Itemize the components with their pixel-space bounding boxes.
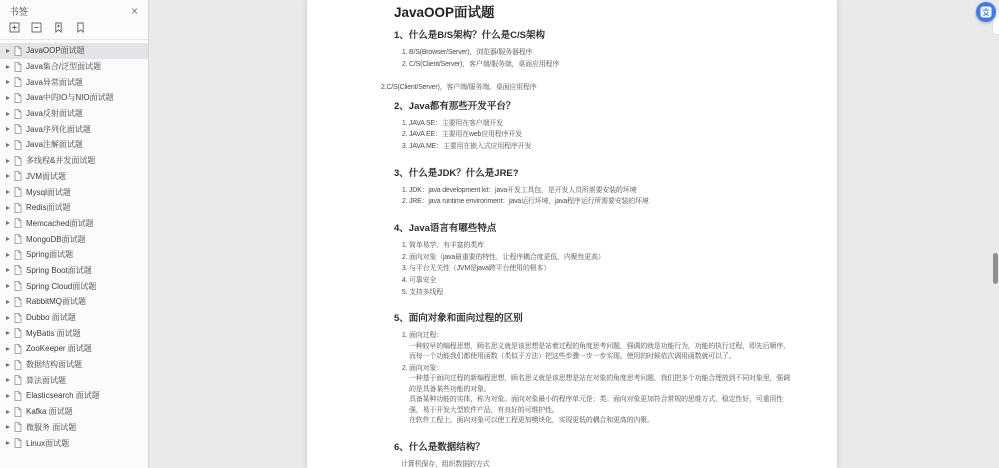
bookmark-label: 数据结构面试题	[26, 359, 82, 370]
bookmark-label: Kafka 面试题	[26, 406, 73, 417]
bookmark-label: RabbitMQ面试题	[26, 296, 86, 307]
bookmark-item[interactable]: 多线程&并发面试题	[0, 153, 148, 169]
list-item: JAVA SE：主要用在客户端开发	[409, 119, 792, 130]
caret-right-icon[interactable]	[6, 143, 10, 147]
section-heading: 6、什么是数据结构？	[394, 442, 792, 454]
list-item-text: 可靠安全	[409, 277, 436, 284]
document-title: JavaOOP面试题	[394, 5, 792, 21]
bookmark-label: Spring Cloud面试题	[26, 281, 96, 292]
bookmark-item[interactable]: Java注解面试题	[0, 137, 148, 153]
list-item-text: JAVA SE：主要用在客户端开发	[409, 120, 503, 127]
caret-right-icon[interactable]	[6, 253, 10, 257]
document-section: 3、什么是JDK？什么是JRE? JDK：java development ki…	[394, 168, 792, 208]
bookmark-label: Java序列化面试题	[26, 124, 91, 135]
page-icon	[14, 218, 22, 228]
list-item: JAVA EE：主要用在web应用程序开发	[409, 130, 792, 141]
bookmark-item[interactable]: Mysql面试题	[0, 184, 148, 200]
page-icon	[14, 375, 22, 385]
bookmark-label: 微服务 面试题	[26, 422, 76, 433]
bookmark-label: 多线程&并发面试题	[26, 155, 95, 166]
bookmark-label: Spring Boot面试题	[26, 265, 92, 276]
ordered-list: JAVA SE：主要用在客户端开发JAVA EE：主要用在web应用程序开发JA…	[394, 119, 792, 153]
list-item: 与平台无关性（JVM是java跨平台使用的根本）	[409, 264, 792, 275]
page-icon	[14, 422, 22, 432]
bookmark-item[interactable]: Memcached面试题	[0, 216, 148, 232]
caret-right-icon[interactable]	[6, 394, 10, 398]
caret-right-icon[interactable]	[6, 174, 10, 178]
ordered-list: 简单易学、有丰富的类库面向对象（java最重要的特性，让程序耦合度更低，内聚性更…	[394, 241, 792, 298]
page-icon	[14, 140, 22, 150]
list-item-text: C/S(Client/Server)，客户端/服务端，桌面应用程序	[409, 61, 559, 68]
list-item-text: 面向对象：	[409, 365, 443, 372]
bookmark-item[interactable]: ZooKeeper 面试题	[0, 341, 148, 357]
caret-right-icon[interactable]	[6, 159, 10, 163]
document-section: 2、Java都有那些开发平台？ JAVA SE：主要用在客户端开发JAVA EE…	[394, 101, 792, 153]
list-item-paragraph: 在软件工程上，面向对象可以使工程更加模块化，实现更低的耦合和更高的内聚。	[409, 416, 792, 427]
caret-right-icon[interactable]	[6, 206, 10, 210]
bookmark-item[interactable]: 微服务 面试题	[0, 420, 148, 436]
list-item-text: JDK：java development kit：java开发工具包，是开发人员…	[409, 187, 636, 194]
list-item: JDK：java development kit：java开发工具包，是开发人员…	[409, 186, 792, 197]
page-icon	[14, 187, 22, 197]
list-item-text: B/S(Browser/Server)，浏览器/服务器程序	[409, 49, 532, 56]
list-item-text: 面向对象（java最重要的特性，让程序耦合度更低，内聚性更高）	[409, 254, 605, 261]
bookmark-label: MongoDB面试题	[26, 234, 86, 245]
bookmark-item[interactable]: Spring Boot面试题	[0, 263, 148, 279]
bookmark-label: Java集合/泛型面试题	[26, 61, 101, 72]
list-item: 可靠安全	[409, 276, 792, 287]
ordered-list: B/S(Browser/Server)，浏览器/服务器程序C/S(Client/…	[394, 48, 792, 70]
paragraph: 计算机保存，组织数据的方式	[401, 460, 792, 468]
bookmark-label: Java注解面试题	[26, 139, 83, 150]
page-icon	[14, 328, 22, 338]
bookmark-item[interactable]: JVM面试题	[0, 169, 148, 185]
collapse-all-icon[interactable]	[31, 22, 42, 33]
section-heading: 5、面向对象和面向过程的区别	[394, 313, 792, 325]
bookmark-item[interactable]: Elasticsearch 面试题	[0, 388, 148, 404]
bookmark-item[interactable]: MongoDB面试题	[0, 231, 148, 247]
caret-right-icon[interactable]	[6, 284, 10, 288]
list-item: B/S(Browser/Server)，浏览器/服务器程序	[409, 48, 792, 59]
document-body: JavaOOP面试题 1、什么是B/S架构？什么是C/S架构 B/S(Brows…	[307, 0, 837, 468]
list-item: 面向对象（java最重要的特性，让程序耦合度更低，内聚性更高）	[409, 253, 792, 264]
section-heading: 2、Java都有那些开发平台？	[394, 101, 792, 113]
sidebar-header: 书签 ×	[0, 0, 148, 17]
list-item-paragraph: 具备某种功能的实体，称为对象。面向对象最小的程序单元是：类。面向对象更加符合常规…	[409, 395, 792, 416]
list-item: C/S(Client/Server)，客户端/服务端，桌面应用程序	[409, 60, 792, 71]
page-icon	[14, 250, 22, 260]
caret-right-icon[interactable]	[6, 363, 10, 367]
page-icon	[14, 438, 22, 448]
list-item: 支持多线程	[409, 288, 792, 299]
section-heading: 3、什么是JDK？什么是JRE?	[394, 168, 792, 180]
bookmark-label: 算法面试题	[26, 375, 66, 386]
page-icon	[14, 46, 22, 56]
bookmark-label: JVM面试题	[26, 171, 66, 182]
caret-right-icon[interactable]	[6, 80, 10, 84]
bookmark-label: Elasticsearch 面试题	[26, 390, 100, 401]
vertical-scrollbar-thumb[interactable]	[993, 253, 998, 284]
bookmarks-sidebar: 书签 × JavaOOP面试题	[0, 0, 149, 468]
page-icon	[14, 360, 22, 370]
bookmark-item[interactable]: MyBatis 面试题	[0, 325, 148, 341]
bookmark-item[interactable]: JavaOOP面试题	[0, 43, 148, 59]
document-section: 6、什么是数据结构？ 计算机保存，组织数据的方式	[394, 442, 792, 468]
close-sidebar-button[interactable]: ×	[131, 6, 138, 16]
page-icon	[14, 391, 22, 401]
list-item: 简单易学、有丰富的类库	[409, 241, 792, 252]
section-heading: 1、什么是B/S架构？什么是C/S架构	[394, 30, 792, 42]
sidebar-title: 书签	[9, 4, 28, 18]
caret-right-icon[interactable]	[6, 127, 10, 131]
caret-right-icon[interactable]	[6, 112, 10, 116]
caret-right-icon[interactable]	[6, 316, 10, 320]
caret-right-icon[interactable]	[6, 300, 10, 304]
page-icon	[14, 234, 22, 244]
list-item: JAVA ME：主要用在嵌入式应用程序开发	[409, 142, 792, 153]
list-item: 面向过程：一种较早的编程思想，顾名思义就是该思想是站着过程的角度思考问题，强调的…	[409, 331, 792, 363]
bookmark-label: Java中的IO与NIO面试题	[26, 92, 114, 103]
page-icon	[14, 156, 22, 166]
list-item-text: 简单易学、有丰富的类库	[409, 242, 484, 249]
bookmark-item[interactable]: Java反射面试题	[0, 106, 148, 122]
caret-right-icon[interactable]	[6, 331, 10, 335]
page-icon	[14, 124, 22, 134]
add-bookmark-icon[interactable]	[53, 22, 64, 33]
caret-right-icon[interactable]	[6, 425, 10, 429]
caret-right-icon[interactable]	[6, 410, 10, 414]
ordered-list: JDK：java development kit：java开发工具包，是开发人员…	[394, 186, 792, 208]
bookmark-label: Redis面试题	[26, 202, 70, 213]
bookmark-item[interactable]: Spring Cloud面试题	[0, 278, 148, 294]
page-icon	[14, 62, 22, 72]
page-icon	[14, 344, 22, 354]
page-icon	[14, 265, 22, 275]
section-heading: 4、Java语言有哪些特点	[394, 223, 792, 235]
bookmark-item[interactable]: Java集合/泛型面试题	[0, 59, 148, 75]
caret-right-icon[interactable]	[6, 237, 10, 241]
bookmarks-toolbar	[0, 17, 148, 40]
bookmark-label: Java异常面试题	[26, 77, 83, 88]
list-item: 面向对象：一种基于面向过程的新编程思想，顾名思义就是该思想是站在对象的角度思考问…	[409, 364, 792, 427]
page-icon	[14, 109, 22, 119]
bookmark-icon[interactable]	[75, 22, 86, 33]
bookmark-label: Linux面试题	[26, 438, 69, 449]
document-section: 4、Java语言有哪些特点 简单易学、有丰富的类库面向对象（java最重要的特性…	[394, 223, 792, 298]
bookmark-item[interactable]: 算法面试题	[0, 372, 148, 388]
bookmark-item[interactable]: RabbitMQ面试题	[0, 294, 148, 310]
page-icon	[14, 93, 22, 103]
bookmark-label: JavaOOP面试题	[26, 45, 85, 56]
paragraph: 2.C/S(Client/Server)，客户端/服务端，桌面应用程序	[381, 83, 792, 94]
bookmark-item[interactable]: 数据结构面试题	[0, 357, 148, 373]
translate-icon[interactable]	[976, 2, 996, 22]
caret-right-icon[interactable]	[6, 441, 10, 445]
bookmark-label: ZooKeeper 面试题	[26, 343, 92, 354]
bookmark-item[interactable]: Dubbo 面试题	[0, 310, 148, 326]
list-item-text: 与平台无关性（JVM是java跨平台使用的根本）	[409, 265, 550, 272]
bookmark-item[interactable]: Java序列化面试题	[0, 121, 148, 137]
bookmark-item[interactable]: Linux面试题	[0, 435, 148, 451]
pdf-page: JavaOOP面试题 1、什么是B/S架构？什么是C/S架构 B/S(Brows…	[307, 0, 837, 468]
bookmark-label: Dubbo 面试题	[26, 312, 76, 323]
list-item: JRE：java runtime environment：java运行环境，ja…	[409, 197, 792, 208]
caret-right-icon[interactable]	[6, 378, 10, 382]
caret-right-icon[interactable]	[6, 221, 10, 225]
document-section: 5、面向对象和面向过程的区别 面向过程：一种较早的编程思想，顾名思义就是该思想是…	[394, 313, 792, 427]
bookmark-item[interactable]: Redis面试题	[0, 200, 148, 216]
bookmark-label: Java反射面试题	[26, 108, 83, 119]
page-icon	[14, 171, 22, 181]
page-icon	[14, 77, 22, 87]
list-item-paragraph: 一种较早的编程思想，顾名思义就是该思想是站着过程的角度思考问题，强调的就是功能行…	[409, 342, 792, 363]
page-icon	[14, 203, 22, 213]
ordered-list: 面向过程：一种较早的编程思想，顾名思义就是该思想是站着过程的角度思考问题，强调的…	[394, 331, 792, 427]
bookmark-item[interactable]: Kafka 面试题	[0, 404, 148, 420]
page-icon	[14, 297, 22, 307]
list-item-text: JRE：java runtime environment：java运行环境，ja…	[409, 198, 649, 205]
bookmark-item[interactable]: Java异常面试题	[0, 74, 148, 90]
list-item-text: 面向过程：	[409, 332, 443, 339]
page-icon	[14, 281, 22, 291]
list-item-text: JAVA ME：主要用在嵌入式应用程序开发	[409, 143, 531, 150]
page-icon	[14, 407, 22, 417]
caret-right-icon[interactable]	[6, 268, 10, 272]
list-item-text: JAVA EE：主要用在web应用程序开发	[409, 131, 522, 138]
list-item-paragraph: 一种基于面向过程的新编程思想，顾名思义就是该思想是站在对象的角度思考问题，我们把…	[409, 374, 792, 395]
caret-right-icon[interactable]	[6, 347, 10, 351]
caret-right-icon[interactable]	[6, 49, 10, 53]
document-section: 1、什么是B/S架构？什么是C/S架构 B/S(Browser/Server)，…	[394, 30, 792, 94]
bookmark-label: Memcached面试题	[26, 218, 94, 229]
page-icon	[14, 313, 22, 323]
bookmark-label: MyBatis 面试题	[26, 328, 81, 339]
caret-right-icon[interactable]	[6, 190, 10, 194]
bookmark-item[interactable]: Spring面试题	[0, 247, 148, 263]
bookmark-label: Mysql面试题	[26, 187, 71, 198]
bookmark-list: JavaOOP面试题 Java集合/泛型面试题 Java异常面试题 Java中的…	[0, 40, 148, 451]
expand-all-icon[interactable]	[9, 22, 20, 33]
caret-right-icon[interactable]	[6, 65, 10, 69]
bookmark-label: Spring面试题	[26, 249, 73, 260]
bookmark-item[interactable]: Java中的IO与NIO面试题	[0, 90, 148, 106]
caret-right-icon[interactable]	[6, 96, 10, 100]
list-item-text: 支持多线程	[409, 289, 443, 296]
